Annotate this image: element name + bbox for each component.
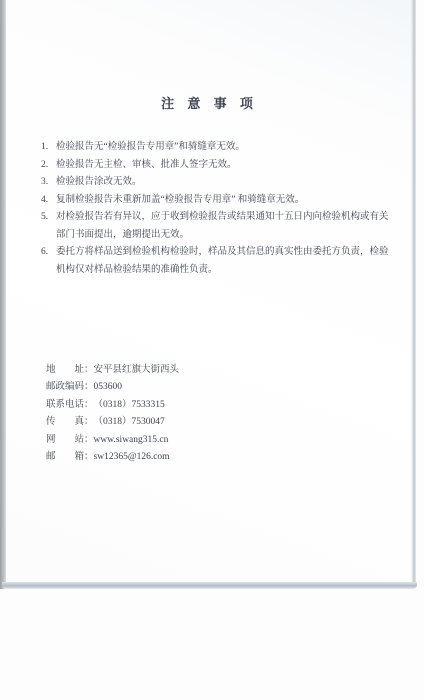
contact-value: 安平县红旗大街西头 [94, 362, 180, 379]
contact-label: 联系电话： [46, 397, 94, 414]
list-item: 5. 对检验报告若有异议，应于收到检验报告或结果通知十五日内向检验机构或有关部门… [41, 209, 389, 244]
contact-value: （0318）7533315 [94, 397, 165, 414]
contact-label: 网 站： [46, 432, 94, 449]
contact-row-address: 地 址：安平县红旗大街西头 [46, 362, 413, 379]
list-item: 2. 检验报告无主检、审核、批准人签字无效。 [41, 157, 389, 175]
notice-number: 4. [41, 192, 56, 210]
notice-text: 对检验报告若有异议，应于收到检验报告或结果通知十五日内向检验机构或有关部门书面提… [56, 209, 389, 244]
contact-value: sw12365@126.com [94, 449, 170, 466]
notice-text: 委托方将样品送到检验机构检验时，样品及其信息的真实性由委托方负责，检验机构仅对样… [56, 244, 389, 279]
contact-label: 邮 箱： [46, 449, 94, 466]
contact-value: （0318）7530047 [94, 414, 165, 431]
contact-label: 邮政编码： [46, 379, 94, 396]
contact-value: www.siwang315.cn [94, 432, 169, 449]
list-item: 4. 复制检验报告未重新加盖“检验报告专用章” 和骑缝章无效。 [41, 192, 389, 210]
notice-number: 5. [41, 209, 56, 227]
contact-label: 传 真： [46, 414, 94, 431]
contact-info: 地 址：安平县红旗大街西头 邮政编码：053600 联系电话：（0318）753… [46, 362, 413, 466]
contact-row-postcode: 邮政编码：053600 [46, 379, 413, 396]
notice-number: 6. [41, 244, 56, 262]
notice-number: 2. [41, 157, 56, 175]
notice-number: 3. [41, 174, 56, 192]
list-item: 1. 检验报告无“检验报告专用章”和骑缝章无效。 [41, 139, 389, 157]
contact-row-fax: 传 真：（0318）7530047 [46, 414, 413, 431]
list-item: 6. 委托方将样品送到检验机构检验时，样品及其信息的真实性由委托方负责，检验机构… [41, 244, 389, 279]
contact-row-email: 邮 箱：sw12365@126.com [46, 449, 413, 466]
paper-bottom-edge [2, 582, 417, 589]
contact-label: 地 址： [46, 362, 94, 379]
list-item: 3. 检验报告涂改无效。 [41, 174, 389, 192]
page-title: 注 意 事 项 [6, 0, 413, 112]
notice-number: 1. [41, 139, 56, 157]
contact-row-phone: 联系电话：（0318）7533315 [46, 397, 413, 414]
notice-text: 复制检验报告未重新加盖“检验报告专用章” 和骑缝章无效。 [56, 192, 389, 210]
notice-text: 检验报告无主检、审核、批准人签字无效。 [56, 157, 389, 175]
paper-right-edge [411, 0, 416, 585]
contact-value: 053600 [94, 379, 123, 396]
notice-list: 1. 检验报告无“检验报告专用章”和骑缝章无效。 2. 检验报告无主检、审核、批… [41, 139, 389, 279]
notice-text: 检验报告涂改无效。 [56, 174, 389, 192]
scanned-document-page: 注 意 事 项 1. 检验报告无“检验报告专用章”和骑缝章无效。 2. 检验报告… [6, 0, 413, 585]
contact-row-website: 网 站：www.siwang315.cn [46, 432, 413, 449]
notice-text: 检验报告无“检验报告专用章”和骑缝章无效。 [56, 139, 389, 157]
